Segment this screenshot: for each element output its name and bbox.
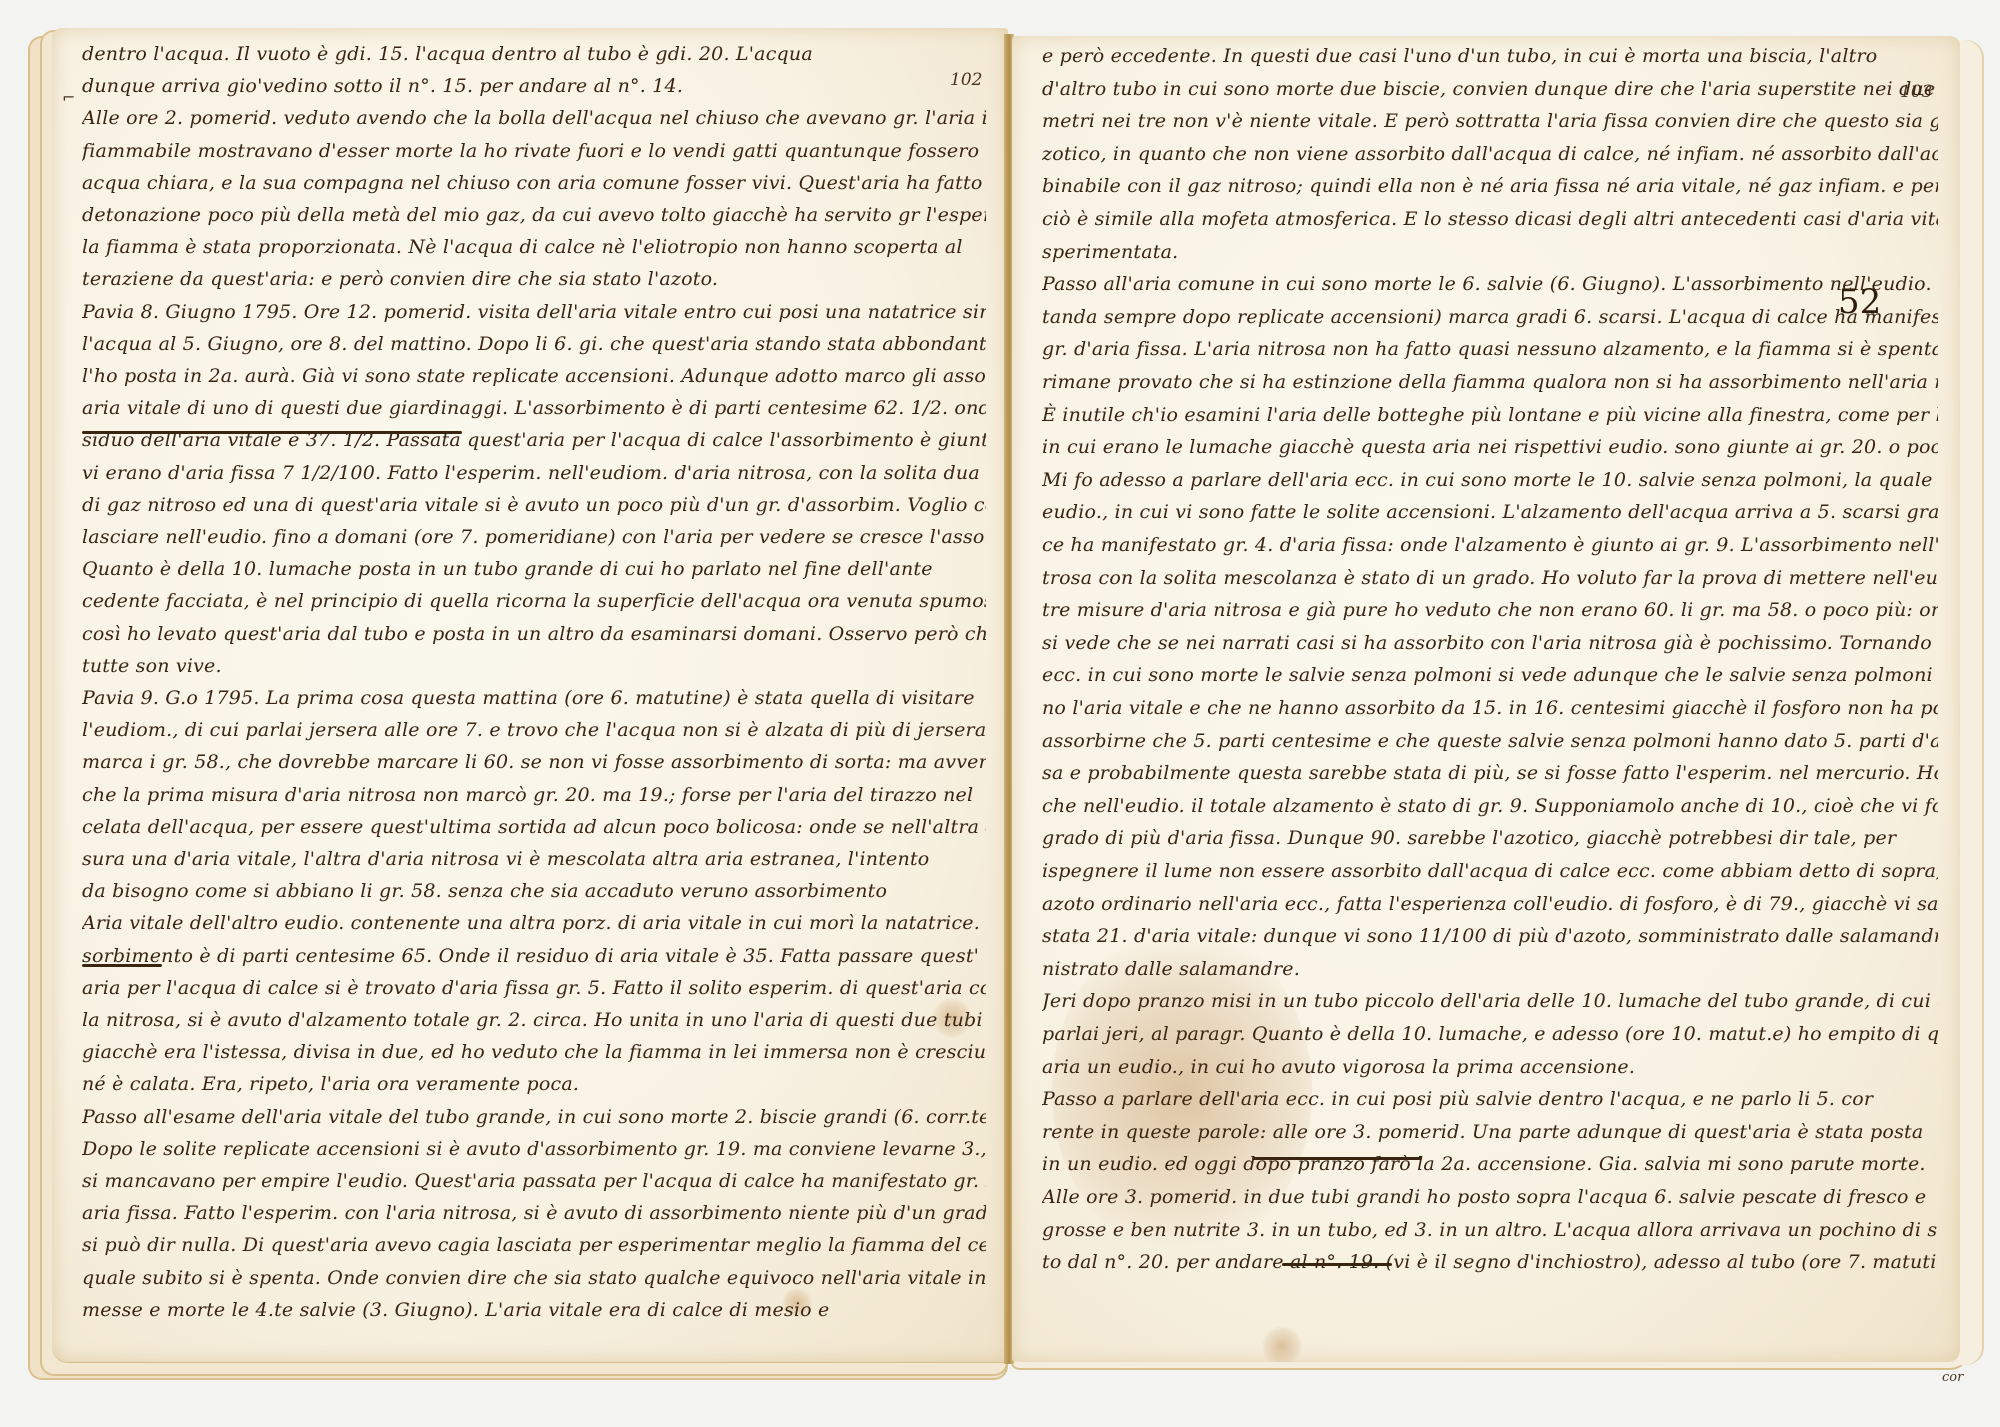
- manuscript-line: zotico, in quanto che non viene assorbit…: [1042, 142, 1938, 166]
- manuscript-line: marca i gr. 58., che dovrebbe marcare li…: [82, 750, 986, 774]
- manuscript-line: metri nei tre non v'è niente vitale. E p…: [1042, 109, 1938, 133]
- manuscript-line: Alle ore 3. pomerid. in due tubi grandi …: [1042, 1185, 1938, 1209]
- underline-rule: [82, 964, 162, 967]
- manuscript-line: gr. d'aria fissa. L'aria nitrosa non ha …: [1042, 337, 1938, 361]
- manuscript-line: no l'aria vitale e che ne hanno assorbit…: [1042, 696, 1938, 720]
- manuscript-line: aria un eudio., in cui ho avuto vigorosa…: [1042, 1055, 1938, 1079]
- manuscript-line: Dopo le solite replicate accensioni si è…: [82, 1137, 986, 1161]
- manuscript-line: l'acqua al 5. Giugno, ore 8. del mattino…: [82, 332, 986, 356]
- manuscript-line: binabile con il gaz nitroso; quindi ella…: [1042, 174, 1938, 198]
- manuscript-line: sperimentata.: [1042, 240, 1938, 264]
- manuscript-line: sa e probabilmente questa sarebbe stata …: [1042, 761, 1938, 785]
- manuscript-line: Passo all'esame dell'aria vitale del tub…: [82, 1105, 986, 1129]
- manuscript-line: l'eudiom., di cui parlai jersera alle or…: [82, 718, 986, 742]
- manuscript-line: messe e morte le 4.te salvie (3. Giugno)…: [82, 1298, 986, 1322]
- margin-mark: ⌐: [62, 88, 75, 107]
- left-manuscript-page: 102 ⌐ dentro l'acqua. Il vuoto è gdi. 15…: [52, 28, 1008, 1362]
- manuscript-line: grado di più d'aria fissa. Dunque 90. sa…: [1042, 826, 1938, 850]
- manuscript-line: nistrato dalle salamandre.: [1042, 957, 1938, 981]
- manuscript-line: eudio., in cui vi sono fatte le solite a…: [1042, 500, 1938, 524]
- manuscript-line: l'ho posta in 2a. aurà. Già vi sono stat…: [82, 364, 986, 388]
- manuscript-line: Pavia 9. G.o 1795. La prima cosa questa …: [82, 686, 986, 710]
- manuscript-line: parlai jeri, al paragr. Quanto è della 1…: [1042, 1022, 1938, 1046]
- manuscript-line: sura una d'aria vitale, l'altra d'aria n…: [82, 847, 986, 871]
- manuscript-line: dunque arriva gio'vedino sotto il n°. 15…: [82, 74, 986, 98]
- manuscript-line: di gaz nitroso ed una di quest'aria vita…: [82, 493, 986, 517]
- underline-rule: [1252, 1157, 1422, 1160]
- manuscript-line: Jeri dopo pranzo misi in un tubo piccolo…: [1042, 989, 1938, 1013]
- manuscript-line: ispegnere il lume non essere assorbito d…: [1042, 859, 1938, 883]
- manuscript-line: Quanto è della 10. lumache posta in un t…: [82, 557, 986, 581]
- manuscript-line: così ho levato quest'aria dal tubo e pos…: [82, 622, 986, 646]
- manuscript-line: Passo all'aria comune in cui sono morte …: [1042, 272, 1938, 296]
- manuscript-line: celata dell'acqua, per essere quest'ulti…: [82, 815, 986, 839]
- manuscript-line: Mi fo adesso a parlare dell'aria ecc. in…: [1042, 468, 1938, 492]
- manuscript-line: tanda sempre dopo replicate accensioni) …: [1042, 305, 1938, 329]
- manuscript-line: trosa con la solita mescolanza è stato d…: [1042, 566, 1938, 590]
- manuscript-line: rente in queste parole: alle ore 3. pome…: [1042, 1120, 1938, 1144]
- manuscript-line: sorbimento è di parti centesime 65. Onde…: [82, 944, 986, 968]
- underline-rule: [1282, 1263, 1392, 1266]
- manuscript-line: detonazione poco più della metà del mio …: [82, 203, 986, 227]
- manuscript-line: È inutile ch'io esamini l'aria delle bot…: [1042, 403, 1938, 427]
- corner-mark: cor: [1942, 1370, 1963, 1385]
- ink-stain: [1262, 1326, 1302, 1362]
- right-manuscript-page: 103 52 e però eccedente. In questi due c…: [1012, 36, 1960, 1362]
- manuscript-line: teraziene da quest'aria: e però convien …: [82, 267, 986, 291]
- manuscript-line: in cui erano le lumache giacchè questa a…: [1042, 435, 1938, 459]
- manuscript-line: grosse e ben nutrite 3. in un tubo, ed 3…: [1042, 1218, 1938, 1242]
- manuscript-line: che nell'eudio. il totale alzamento è st…: [1042, 794, 1938, 818]
- manuscript-line: si mancavano per empire l'eudio. Quest'a…: [82, 1169, 986, 1193]
- underline-rule: [82, 431, 462, 434]
- manuscript-line: Pavia 8. Giugno 1795. Ore 12. pomerid. v…: [82, 300, 986, 324]
- manuscript-line: giacchè era l'istessa, divisa in due, ed…: [82, 1040, 986, 1064]
- manuscript-line: aria per l'acqua di calce si è trovato d…: [82, 976, 986, 1000]
- manuscript-line: ce ha manifestato gr. 4. d'aria fissa: o…: [1042, 533, 1938, 557]
- manuscript-line: da bisogno come si abbiano li gr. 58. se…: [82, 879, 986, 903]
- manuscript-line: in un eudio. ed oggi dopo pranzo farò la…: [1042, 1152, 1938, 1176]
- manuscript-line: e però eccedente. In questi due casi l'u…: [1042, 44, 1938, 68]
- manuscript-line: rimane provato che si ha estinzione dell…: [1042, 370, 1938, 394]
- manuscript-line: Alle ore 2. pomerid. veduto avendo che l…: [82, 106, 986, 130]
- manuscript-line: la fiamma è stata proporzionata. Nè l'ac…: [82, 235, 986, 259]
- manuscript-line: si può dir nulla. Di quest'aria avevo ca…: [82, 1233, 986, 1257]
- manuscript-line: lasciare nell'eudio. fino a domani (ore …: [82, 525, 986, 549]
- manuscript-line: ecc. in cui sono morte le salvie senza p…: [1042, 663, 1938, 687]
- manuscript-line: acqua chiara, e la sua compagna nel chiu…: [82, 171, 986, 195]
- manuscript-line: fiammabile mostravano d'esser morte la h…: [82, 139, 986, 163]
- manuscript-line: azoto ordinario nell'aria ecc., fatta l'…: [1042, 892, 1938, 916]
- manuscript-line: la nitrosa, si è avuto d'alzamento total…: [82, 1008, 986, 1032]
- manuscript-line: ciò è simile alla mofeta atmosferica. E …: [1042, 207, 1938, 231]
- manuscript-line: che la prima misura d'aria nitrosa non m…: [82, 783, 986, 807]
- manuscript-line: to dal n°. 20. per andare al n°. 19. (vi…: [1042, 1250, 1938, 1274]
- manuscript-line: quale subito si è spenta. Onde convien d…: [82, 1266, 986, 1290]
- manuscript-line: aria fissa. Fatto l'esperim. con l'aria …: [82, 1201, 986, 1225]
- manuscript-line: si vede che se nei narrati casi si ha as…: [1042, 631, 1938, 655]
- manuscript-line: aria vitale di uno di questi due giardin…: [82, 396, 986, 420]
- manuscript-line: tutte son vive.: [82, 654, 986, 678]
- manuscript-line: vi erano d'aria fissa 7 1/2/100. Fatto l…: [82, 461, 986, 485]
- manuscript-line: cedente facciata, è nel principio di que…: [82, 589, 986, 613]
- manuscript-line: dentro l'acqua. Il vuoto è gdi. 15. l'ac…: [82, 42, 986, 66]
- manuscript-line: assorbirne che 5. parti centesime e che …: [1042, 729, 1938, 753]
- manuscript-line: Aria vitale dell'altro eudio. contenente…: [82, 911, 986, 935]
- manuscript-line: stata 21. d'aria vitale: dunque vi sono …: [1042, 924, 1938, 948]
- manuscript-line: d'altro tubo in cui sono morte due bisci…: [1042, 77, 1938, 101]
- manuscript-line: tre misure d'aria nitrosa e già pure ho …: [1042, 598, 1938, 622]
- right-fore-edge: [1958, 40, 1984, 1365]
- manuscript-line: né è calata. Era, ripeto, l'aria ora ver…: [82, 1072, 986, 1096]
- manuscript-line: Passo a parlare dell'aria ecc. in cui po…: [1042, 1087, 1938, 1111]
